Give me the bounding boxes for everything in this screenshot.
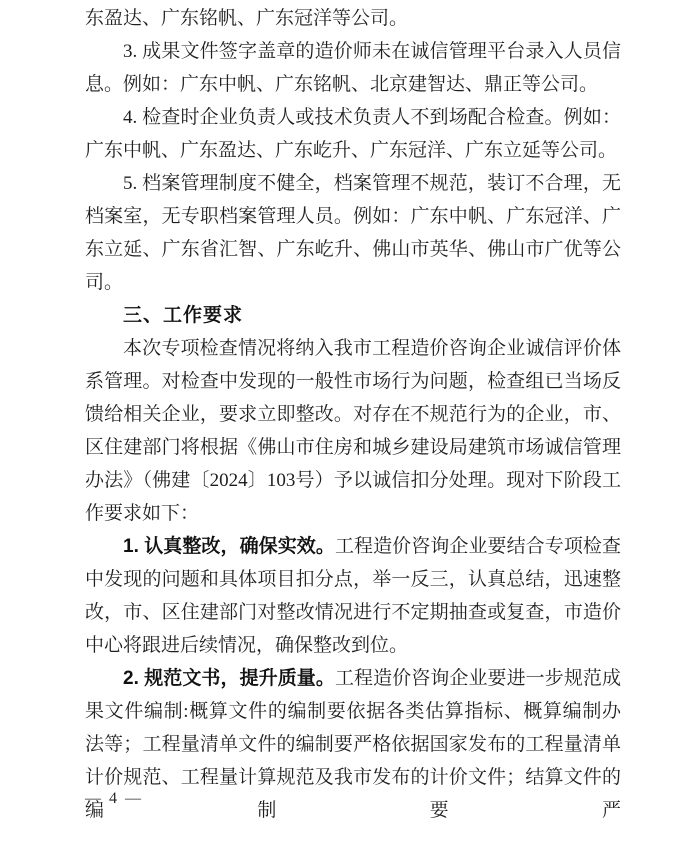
paragraph-intro: 本次专项检查情况将纳入我市工程造价咨询企业诚信评价体系管理。对检查中发现的一般性… [85, 332, 621, 530]
list-item-4: 4. 检查时企业负责人或技术负责人不到场配合检查。例如：广东中帆、广东盈达、广东… [85, 101, 621, 167]
requirement-2-lead: 2. 规范文书，提升质量。 [123, 668, 335, 689]
paragraph-requirement-1: 1. 认真整改，确保实效。工程造价咨询企业要结合专项检查中发现的问题和具体项目扣… [85, 530, 621, 662]
section-heading: 三、工作要求 [85, 299, 621, 332]
document-body: 东盈达、广东铭帆、广东冠洋等公司。 3. 成果文件签字盖章的造价师未在诚信管理平… [85, 2, 621, 827]
paragraph-continuation: 东盈达、广东铭帆、广东冠洋等公司。 [85, 2, 621, 35]
page-number: — 4 — [85, 790, 143, 807]
document-page: 东盈达、广东铭帆、广东冠洋等公司。 3. 成果文件签字盖章的造价师未在诚信管理平… [0, 0, 700, 861]
list-item-5: 5. 档案管理制度不健全，档案管理不规范，装订不合理，无档案室，无专职档案管理人… [85, 167, 621, 299]
page-footer: — 4 — [85, 789, 143, 809]
requirement-2-body: 工程造价咨询企业要进一步规范成果文件编制:概算文件的编制要依据各类估算指标、概算… [85, 668, 621, 821]
paragraph-requirement-2: 2. 规范文书，提升质量。工程造价咨询企业要进一步规范成果文件编制:概算文件的编… [85, 662, 621, 827]
list-item-3: 3. 成果文件签字盖章的造价师未在诚信管理平台录入人员信息。例如：广东中帆、广东… [85, 35, 621, 101]
requirement-1-lead: 1. 认真整改，确保实效。 [123, 536, 335, 557]
